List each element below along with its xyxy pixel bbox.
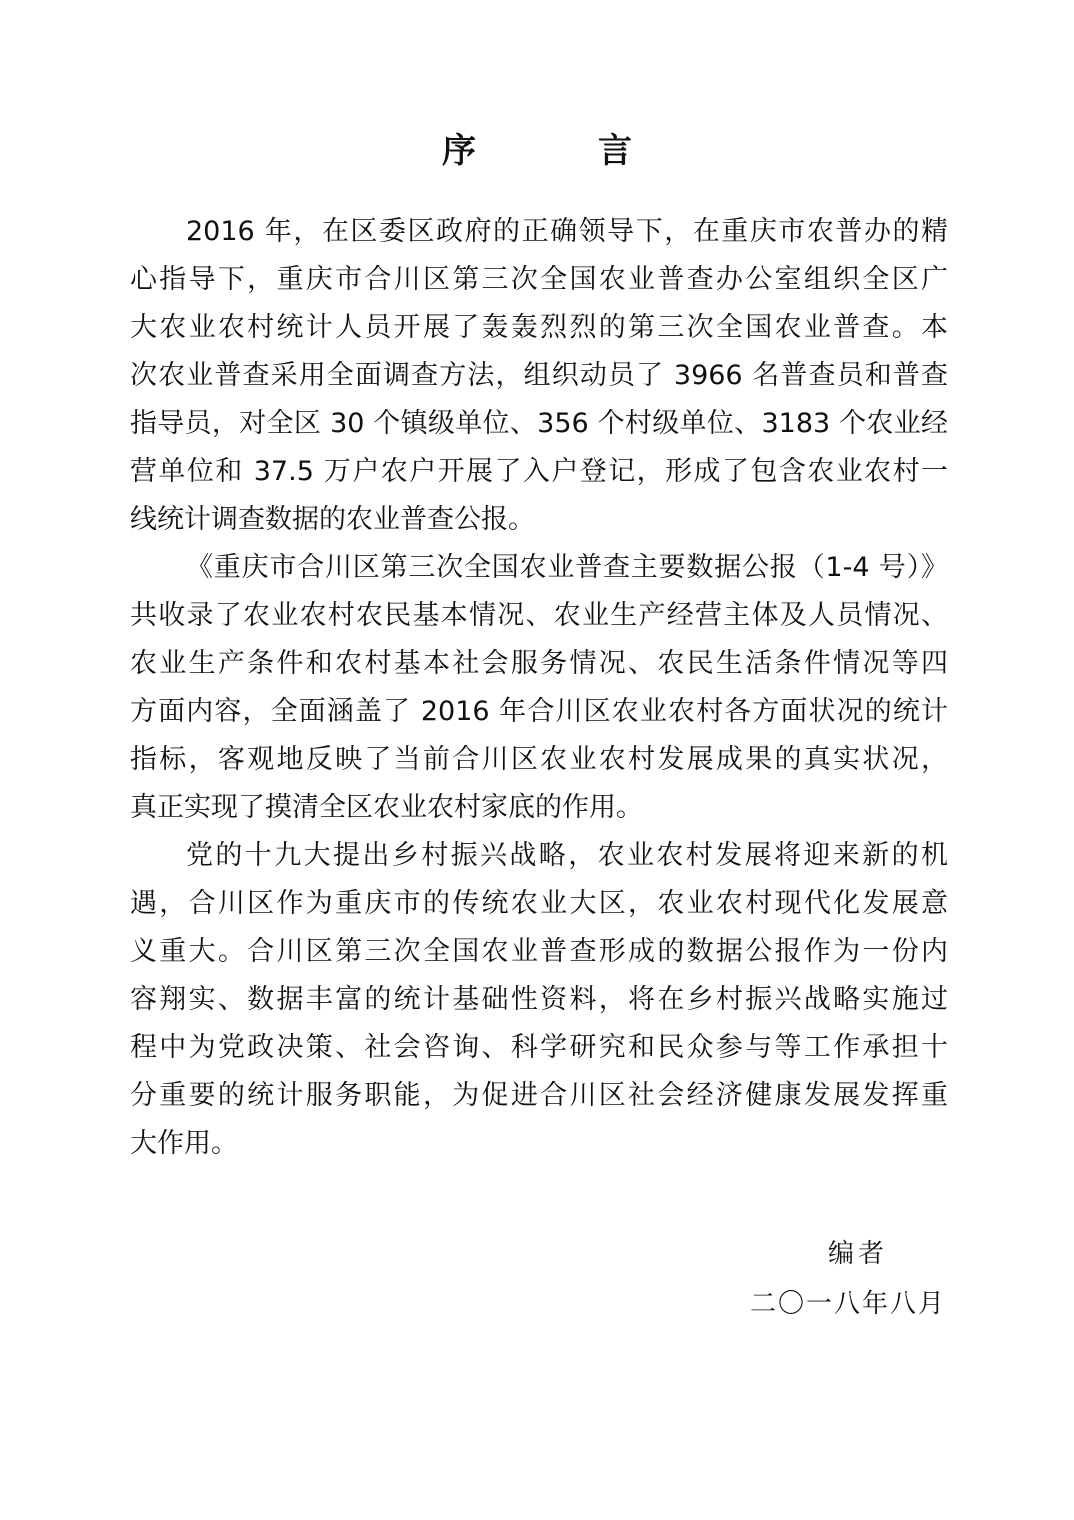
paragraph-1: 2016 年，在区委区政府的正确领导下，在重庆市农普办的精 心指导下，重庆市合川… <box>130 208 948 544</box>
text-line: 指导员，对全区 30 个镇级单位、356 个村级单位、3183 个农业经 <box>130 400 948 448</box>
paragraph-2: 《重庆市合川区第三次全国农业普查主要数据公报（1-4 号）》 共收录了农业农村农… <box>130 544 948 832</box>
text-line: 程中为党政决策、社会咨询、科学研究和民众参与等工作承担十 <box>130 1024 948 1072</box>
page-title: 序 言 <box>0 126 1074 176</box>
document-page: 序 言 2016 年，在区委区政府的正确领导下，在重庆市农普办的精 心指导下，重… <box>0 0 1074 1520</box>
text-line: 《重庆市合川区第三次全国农业普查主要数据公报（1-4 号）》 <box>130 544 948 592</box>
text-line: 心指导下，重庆市合川区第三次全国农业普查办公室组织全区广 <box>130 256 948 304</box>
signature-date: 二〇一八年八月 <box>750 1284 946 1324</box>
text-line: 大农业农村统计人员开展了轰轰烈烈的第三次全国农业普查。本 <box>130 304 948 352</box>
text-line: 分重要的统计服务职能，为促进合川区社会经济健康发展发挥重 <box>130 1072 948 1120</box>
text-line: 营单位和 37.5 万户农户开展了入户登记，形成了包含农业农村一 <box>130 448 948 496</box>
text-line: 农业生产条件和农村基本社会服务情况、农民生活条件情况等四 <box>130 640 948 688</box>
signature-author: 编者 <box>828 1234 888 1274</box>
text-line: 义重大。合川区第三次全国农业普查形成的数据公报作为一份内 <box>130 928 948 976</box>
text-line: 容翔实、数据丰富的统计基础性资料，将在乡村振兴战略实施过 <box>130 976 948 1024</box>
text-line: 次农业普查采用全面调查方法，组织动员了 3966 名普查员和普查 <box>130 352 948 400</box>
text-line: 大作用。 <box>130 1120 948 1168</box>
text-line: 真正实现了摸清全区农业农村家底的作用。 <box>130 784 948 832</box>
text-line: 指标，客观地反映了当前合川区农业农村发展成果的真实状况， <box>130 736 948 784</box>
text-line: 遇，合川区作为重庆市的传统农业大区，农业农村现代化发展意 <box>130 880 948 928</box>
text-line: 方面内容，全面涵盖了 2016 年合川区农业农村各方面状况的统计 <box>130 688 948 736</box>
preface-body: 2016 年，在区委区政府的正确领导下，在重庆市农普办的精 心指导下，重庆市合川… <box>130 208 948 1168</box>
text-line: 2016 年，在区委区政府的正确领导下，在重庆市农普办的精 <box>130 208 948 256</box>
text-line: 共收录了农业农村农民基本情况、农业生产经营主体及人员情况、 <box>130 592 948 640</box>
text-line: 线统计调查数据的农业普查公报。 <box>130 496 948 544</box>
text-line: 党的十九大提出乡村振兴战略，农业农村发展将迎来新的机 <box>130 832 948 880</box>
paragraph-3: 党的十九大提出乡村振兴战略，农业农村发展将迎来新的机 遇，合川区作为重庆市的传统… <box>130 832 948 1168</box>
